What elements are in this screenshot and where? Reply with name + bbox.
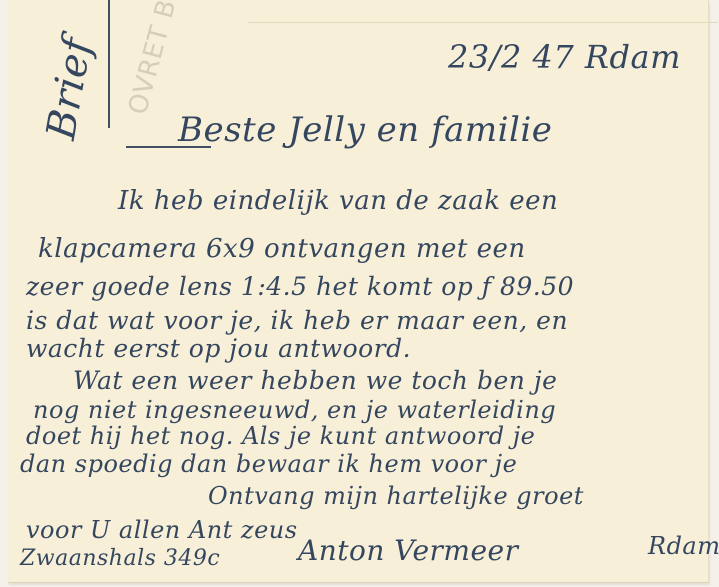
body-line-5: wacht eerst op jou antwoord. [26, 334, 411, 363]
signature-place: Rdam [648, 532, 719, 560]
body-line-7: nog niet ingesneeuwd, en je waterleiding [33, 396, 556, 424]
card-edge-line [248, 22, 718, 23]
date: 23/2 47 Rdam [448, 38, 681, 76]
side-label: Brief [38, 34, 101, 143]
body-line-1: Ik heb eindelijk van de zaak een [118, 186, 558, 216]
signature: Anton Vermeer [298, 534, 518, 567]
body-line-6: Wat een weer hebben we toch ben je [73, 366, 557, 395]
body-line-4: is dat wat voor je, ik heb er maar een, … [26, 306, 568, 335]
faint-stamp: OVRET BY [123, 0, 186, 118]
body-line-9: dan spoedig dan bewaar ik hem voor je [20, 450, 517, 478]
salutation: Beste Jelly en familie [178, 110, 552, 150]
sender-address: Zwaanshals 349c [20, 546, 220, 571]
body-line-8: doet hij het nog. Als je kunt antwoord j… [26, 422, 535, 450]
side-divider [108, 0, 110, 128]
letter-card: Brief OVRET BY 23/2 47 Rdam Beste Jelly … [8, 0, 709, 583]
closing-recipients: voor U allen Ant zeus [26, 516, 298, 544]
body-line-3: zeer goede lens 1:4.5 het komt op ƒ 89.5… [26, 272, 574, 301]
body-line-2: klapcamera 6x9 ontvangen met een [38, 234, 526, 264]
closing: Ontvang mijn hartelijke groet [208, 482, 584, 510]
